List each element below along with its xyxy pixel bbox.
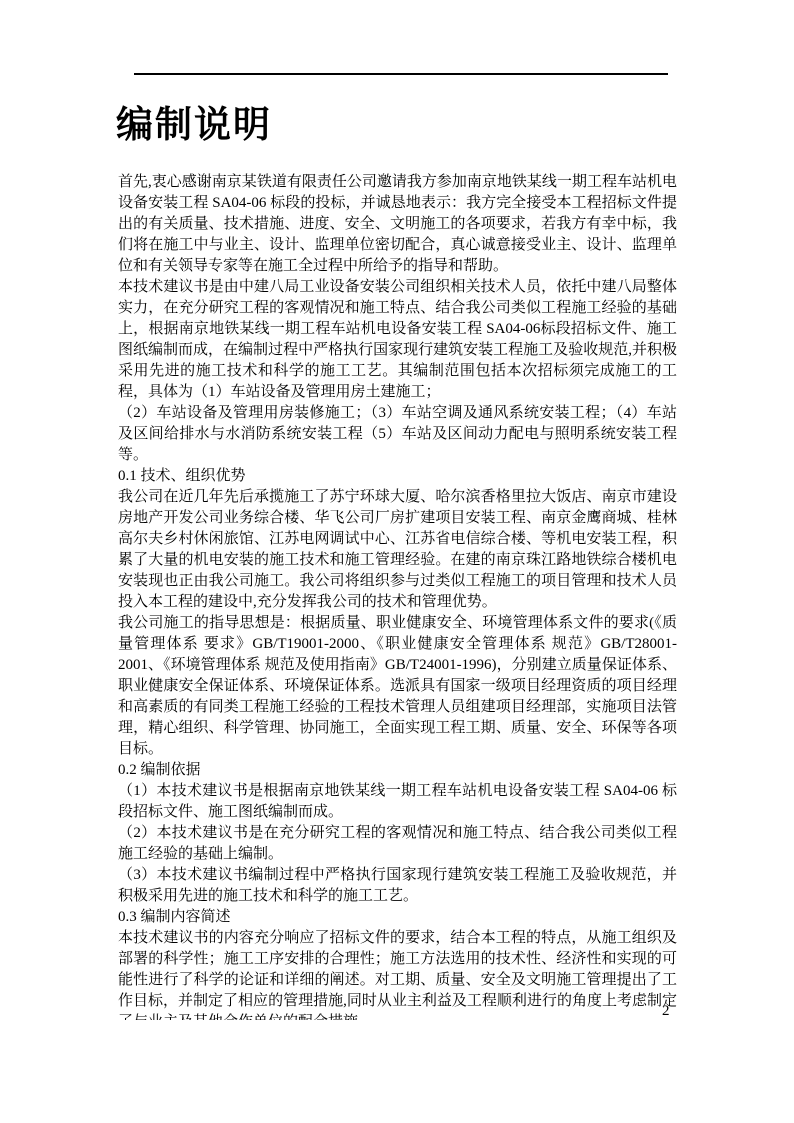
paragraph-content-summary: 本技术建议书的内容充分响应了招标文件的要求，结合本工程的特点，从施工组织及部署的…	[118, 928, 677, 1020]
document-body: 首先,衷心感谢南京某铁道有限责任公司邀请我方参加南京地铁某线一期工程车站机电设备…	[118, 172, 677, 1020]
document-title: 编制说明	[116, 101, 272, 149]
section-heading-0-2: 0.2 编制依据	[118, 760, 677, 781]
page-header-rule	[134, 73, 668, 75]
page-number: 2	[662, 1002, 670, 1020]
paragraph-scope-items: （2）车站设备及管理用房装修施工；（3）车站空调及通风系统安装工程；（4）车站及…	[118, 403, 677, 466]
basis-item-2: （2）本技术建议书是在充分研究工程的客观情况和施工特点、结合我公司类似工程施工经…	[118, 823, 677, 865]
paragraph-intro-thanks: 首先,衷心感谢南京某铁道有限责任公司邀请我方参加南京地铁某线一期工程车站机电设备…	[118, 172, 677, 277]
paragraph-guiding-principle: 我公司施工的指导思想是：根据质量、职业健康安全、环境管理体系文件的要求(《质量管…	[118, 613, 677, 760]
paragraph-company-experience: 我公司在近几年先后承揽施工了苏宁环球大厦、哈尔滨香格里拉大饭店、南京市建设房地产…	[118, 487, 677, 613]
section-heading-0-3: 0.3 编制内容简述	[118, 907, 677, 928]
document-page: 编制说明 首先,衷心感谢南京某铁道有限责任公司邀请我方参加南京地铁某线一期工程车…	[0, 0, 794, 1123]
paragraph-proposal-basis: 本技术建议书是由中建八局工业设备安装公司组织相关技术人员，依托中建八局整体实力，…	[118, 277, 677, 403]
section-heading-0-1: 0.1 技术、组织优势	[118, 466, 677, 487]
basis-item-3: （3）本技术建议书编制过程中严格执行国家现行建筑安装工程施工及验收规范，并积极采…	[118, 865, 677, 907]
basis-item-1: （1）本技术建议书是根据南京地铁某线一期工程车站机电设备安装工程 SA04-06…	[118, 781, 677, 823]
